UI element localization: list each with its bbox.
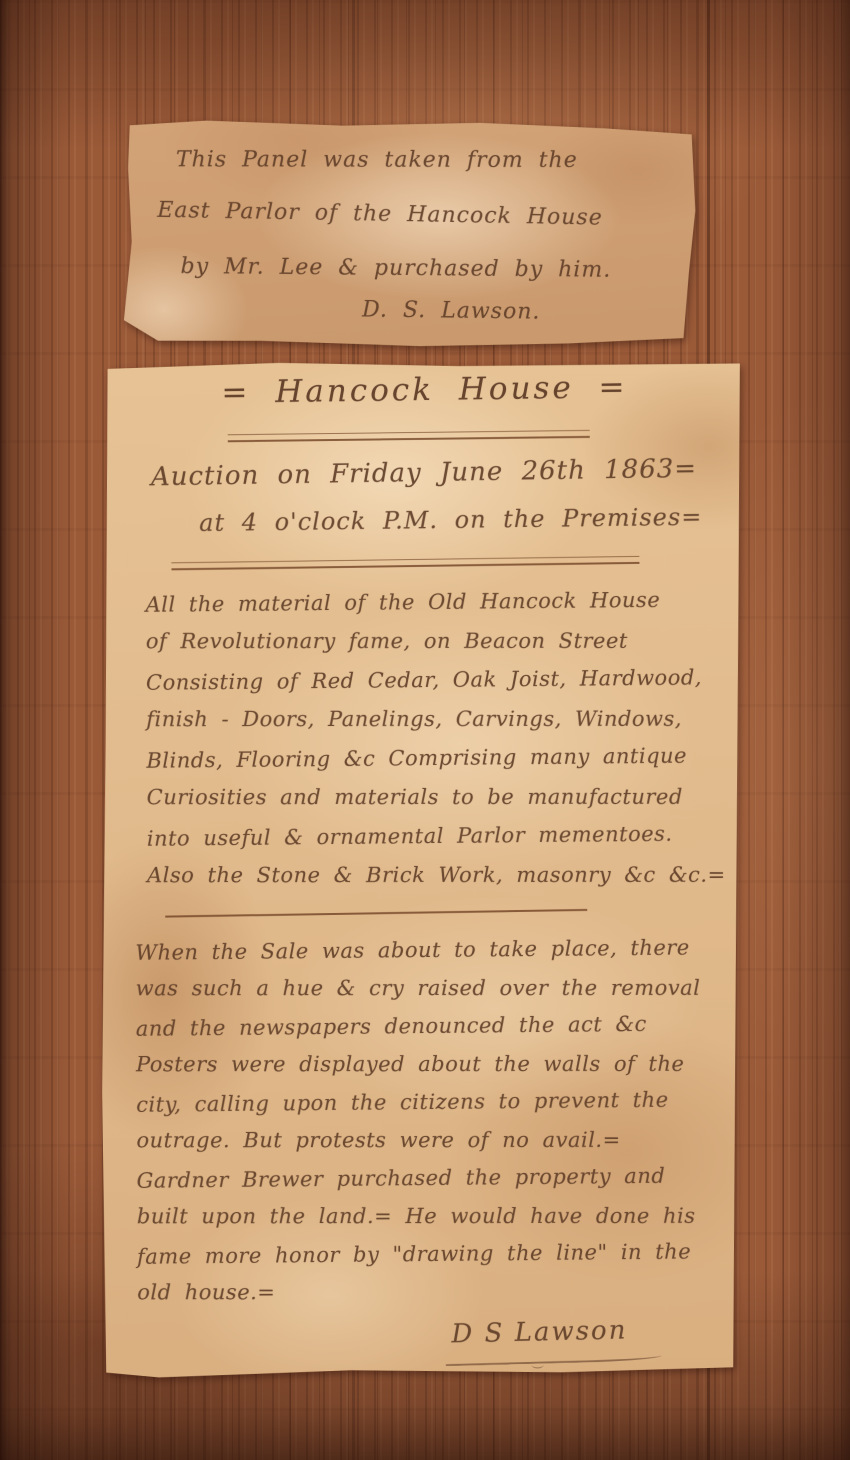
auction-notice-paper: = Hancock House = Auction on Friday June… (94, 354, 759, 1377)
auction-time-line: at 4 o'clock P.M. on the Premises= (199, 503, 702, 537)
aftermath-line: old house.= (137, 1280, 702, 1318)
description-line: Consisting of Red Cedar, Oak Joist, Hard… (146, 665, 725, 710)
photo-wood-board: This Panel was taken from the East Parlo… (0, 0, 850, 1460)
provenance-note-paper: This Panel was taken from the East Parlo… (124, 119, 697, 350)
description-line: Blinds, Flooring &c Comprising many anti… (146, 743, 725, 788)
title-rule (228, 430, 590, 442)
aftermath-line: outrage. But protests were of no avail.= (136, 1128, 701, 1166)
description-line: Also the Stone & Brick Work, masonry &c … (147, 863, 726, 903)
aftermath-paragraph: When the Sale was about to take place, t… (135, 937, 702, 1320)
header-rule (171, 556, 639, 571)
aftermath-line: was such a hue & cry raised over the rem… (136, 976, 701, 1014)
aftermath-line: Posters were displayed about the walls o… (136, 1052, 701, 1090)
description-line: All the material of the Old Hancock Hous… (145, 587, 724, 632)
document-signature: D S Lawson (451, 1315, 628, 1349)
description-line: finish - Doors, Panelings, Carvings, Win… (146, 707, 725, 747)
provenance-note-slip: This Panel was taken from the East Parlo… (124, 119, 697, 350)
sale-description-paragraph: All the material of the Old Hancock Hous… (146, 588, 726, 903)
aftermath-line: city, calling upon the citizens to preve… (136, 1087, 701, 1130)
description-line: of Revolutionary fame, on Beacon Street (146, 629, 725, 669)
description-line: Curiosities and materials to be manufact… (147, 785, 726, 825)
note-line: East Parlor of the Hancock House (157, 198, 603, 231)
aftermath-line: and the newspapers denounced the act &c (136, 1011, 701, 1054)
note-line: This Panel was taken from the (176, 147, 578, 173)
document-title: = Hancock House = (94, 367, 754, 412)
signature-tick-mark (532, 1361, 544, 1368)
auction-date-line: Auction on Friday June 26th 1863= (151, 454, 698, 493)
aftermath-line: built upon the land.= He would have done… (137, 1204, 702, 1242)
description-line: into useful & ornamental Parlor mementoe… (147, 821, 726, 866)
aftermath-line: When the Sale was about to take place, t… (135, 935, 700, 978)
auction-notice-page: = Hancock House = Auction on Friday June… (94, 354, 759, 1377)
mid-rule (165, 909, 587, 918)
note-line: by Mr. Lee & purchased by him. (180, 254, 611, 283)
signature-underline (445, 1351, 661, 1367)
note-signature: D. S. Lawson. (362, 297, 541, 324)
aftermath-line: Gardner Brewer purchased the property an… (137, 1163, 702, 1206)
aftermath-line: fame more honor by "drawing the line" in… (137, 1239, 702, 1282)
